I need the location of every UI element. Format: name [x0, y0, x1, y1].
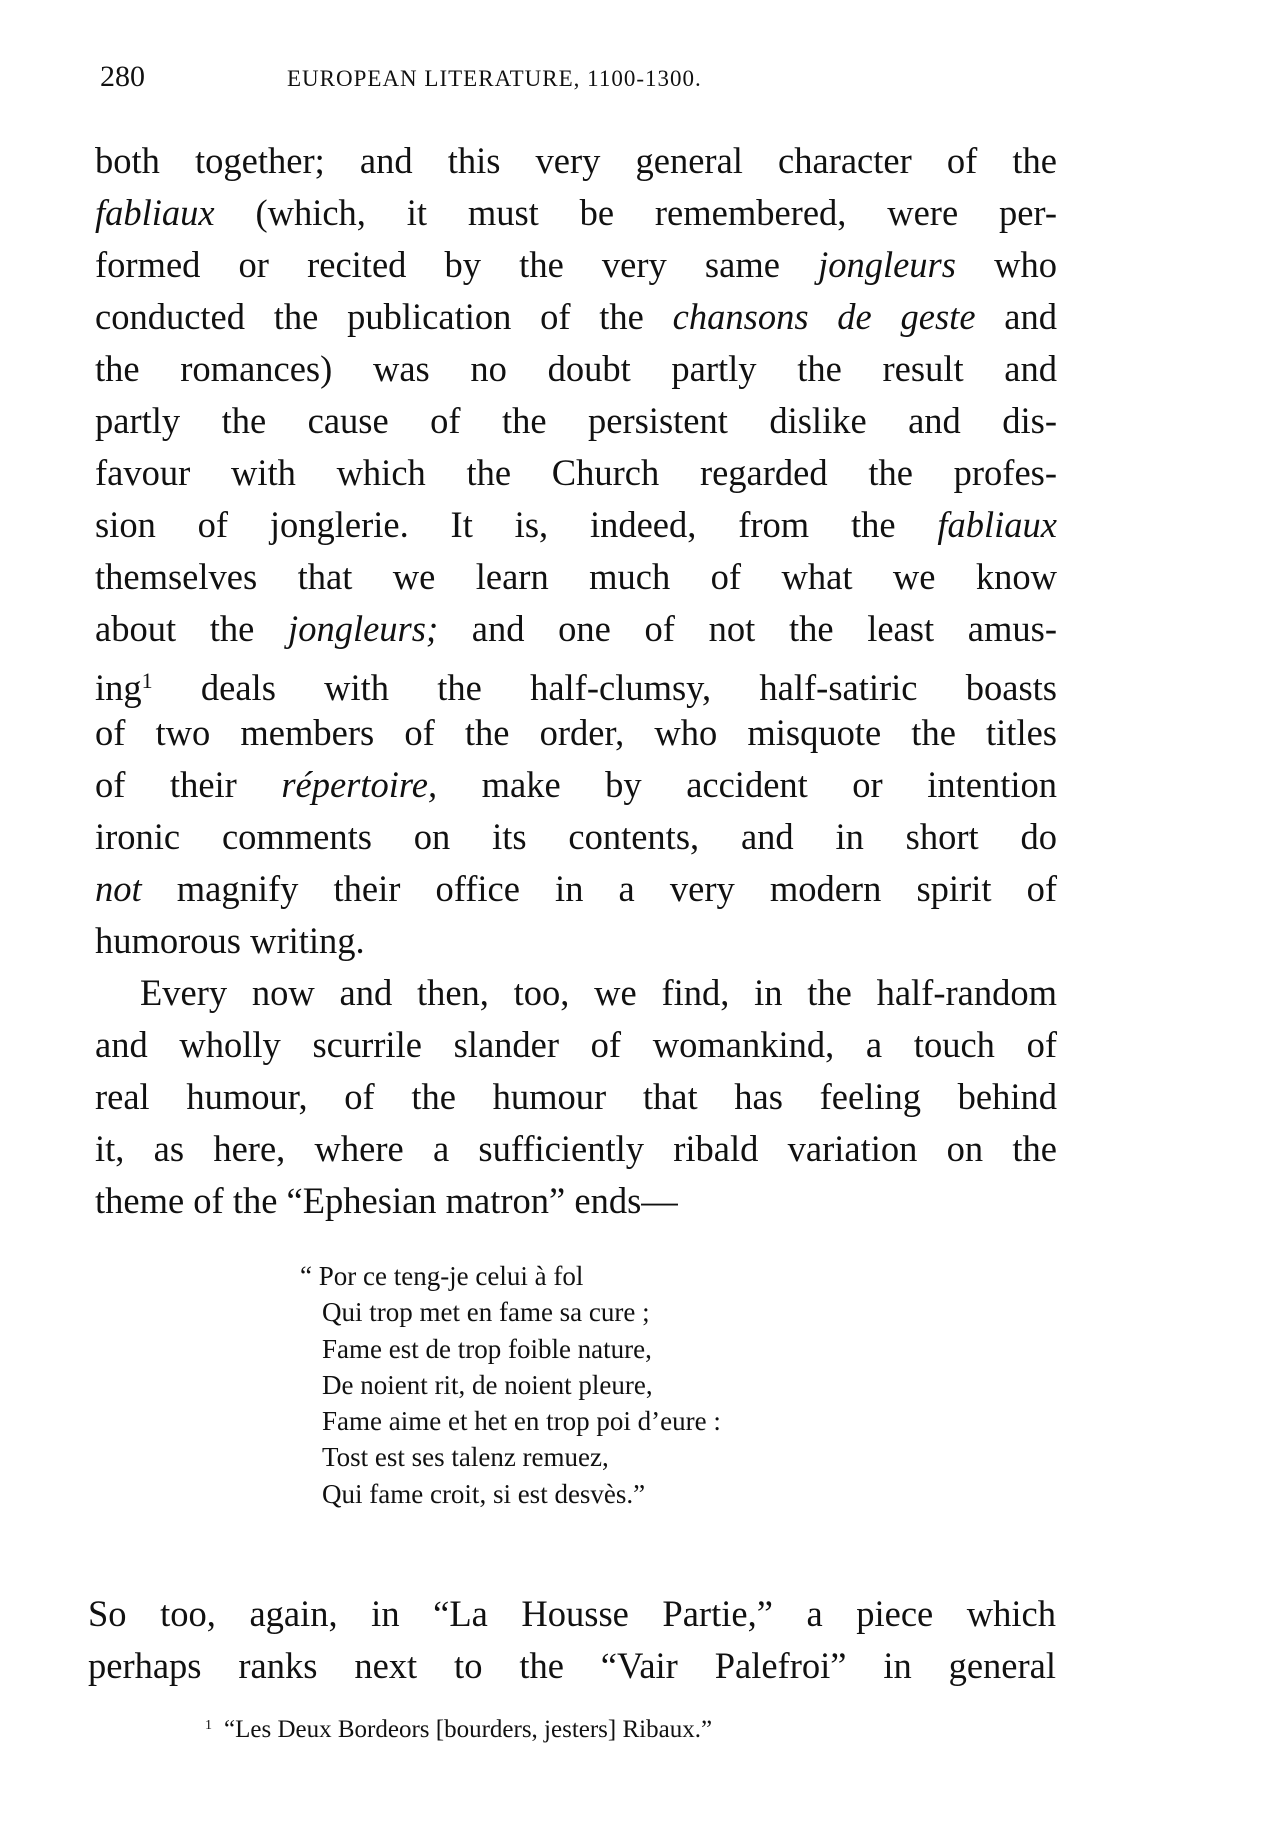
text-line: ironic comments on its contents, and in … [95, 811, 1057, 863]
italic-term: not [95, 868, 142, 909]
text-run: conducted the publication of the [95, 296, 673, 337]
text-line: theme of the “Ephesian matron” ends— [95, 1175, 1057, 1227]
text-line: formed or recited by the very same jongl… [95, 239, 1057, 291]
text-line: both together; and this very general cha… [95, 135, 1057, 187]
text-line: partly the cause of the persistent disli… [95, 395, 1057, 447]
text-run: formed or recited by the very same [95, 244, 818, 285]
text-line: of their répertoire, make by accident or… [95, 759, 1057, 811]
verse-line: De noient rit, de noient pleure, [300, 1367, 721, 1403]
text-run: humorous writing. [95, 920, 365, 961]
verse-line: Qui trop met en fame sa cure ; [300, 1294, 721, 1330]
text-run: themselves that we learn much of what we… [95, 556, 1057, 597]
text-run: favour with which the Church regarded th… [95, 452, 1057, 493]
text-line: it, as here, where a sufficiently ribald… [95, 1123, 1057, 1175]
text-run: partly the cause of the persistent disli… [95, 400, 1057, 441]
paragraph-3: So too, again, in “La Housse Partie,” a … [88, 1588, 1056, 1692]
text-line: So too, again, in “La Housse Partie,” a … [88, 1588, 1056, 1640]
text-line: ing1 deals with the half-clumsy, half-sa… [95, 655, 1057, 707]
text-line: conducted the publication of the chanson… [95, 291, 1057, 343]
italic-term: jongleurs [818, 244, 956, 285]
text-run: deals with the half-clumsy, half-satiric… [153, 667, 1057, 708]
running-head: EUROPEAN LITERATURE, 1100-1300. [287, 66, 702, 92]
text-line: about the jongleurs; and one of not the … [95, 603, 1057, 655]
verse-quotation: “ Por ce teng-je celui à fol Qui trop me… [300, 1258, 721, 1512]
text-line: favour with which the Church regarded th… [95, 447, 1057, 499]
text-line: and wholly scurrile slander of womankind… [95, 1019, 1057, 1071]
text-run: both together; and this very general cha… [95, 140, 1057, 181]
text-line: of two members of the order, who misquot… [95, 707, 1057, 759]
text-run: and [976, 296, 1057, 337]
text-line: not magnify their office in a very moder… [95, 863, 1057, 915]
text-line: perhaps ranks next to the “Vair Palefroi… [88, 1640, 1056, 1692]
text-run: ing [95, 667, 142, 708]
italic-term: chansons de geste [673, 296, 976, 337]
footnote: 1“Les Deux Bordeors [bourders, jesters] … [205, 1716, 712, 1744]
italic-term: fabliaux [937, 504, 1057, 545]
text-line: the romances) was no doubt partly the re… [95, 343, 1057, 395]
text-line: themselves that we learn much of what we… [95, 551, 1057, 603]
footnote-reference[interactable]: 1 [142, 668, 153, 693]
text-run: and one of not the least amus- [438, 608, 1057, 649]
text-line: fabliaux (which, it must be remembered, … [95, 187, 1057, 239]
verse-line: Tost est ses talenz remuez, [300, 1439, 721, 1475]
verse-line: Qui fame croit, si est desvès.” [300, 1476, 721, 1512]
verse-line: “ Por ce teng-je celui à fol [300, 1258, 721, 1294]
footnote-text: “Les Deux Bordeors [bourders, jesters] R… [224, 1716, 712, 1743]
text-line: Every now and then, too, we find, in the… [95, 967, 1057, 1019]
text-line: real humour, of the humour that has feel… [95, 1071, 1057, 1123]
text-run: (which, it must be remembered, were per- [215, 192, 1057, 233]
text-run: who [956, 244, 1057, 285]
page-header: 280 EUROPEAN LITERATURE, 1100-1300. [100, 60, 1100, 100]
text-run: sion of jonglerie. It is, indeed, from t… [95, 504, 937, 545]
text-run: ironic comments on its contents, and in … [95, 816, 1057, 857]
verse-line: Fame aime et het en trop poi d’eure : [300, 1403, 721, 1439]
text-run: of their [95, 764, 281, 805]
italic-term: répertoire, [281, 764, 437, 805]
text-run: the romances) was no doubt partly the re… [95, 348, 1057, 389]
verse-line: Fame est de trop foible nature, [300, 1331, 721, 1367]
footnote-marker: 1 [205, 1718, 212, 1733]
italic-term: fabliaux [95, 192, 215, 233]
text-line: sion of jonglerie. It is, indeed, from t… [95, 499, 1057, 551]
text-run: make by accident or intention [437, 764, 1057, 805]
text-line: humorous writing. [95, 915, 1057, 967]
text-run: magnify their office in a very modern sp… [142, 868, 1057, 909]
paragraph-1: both together; and this very general cha… [95, 135, 1057, 1227]
text-run: of two members of the order, who misquot… [95, 712, 1057, 753]
text-run: about the [95, 608, 288, 649]
italic-term: jongleurs; [288, 608, 438, 649]
page-number: 280 [100, 60, 145, 94]
